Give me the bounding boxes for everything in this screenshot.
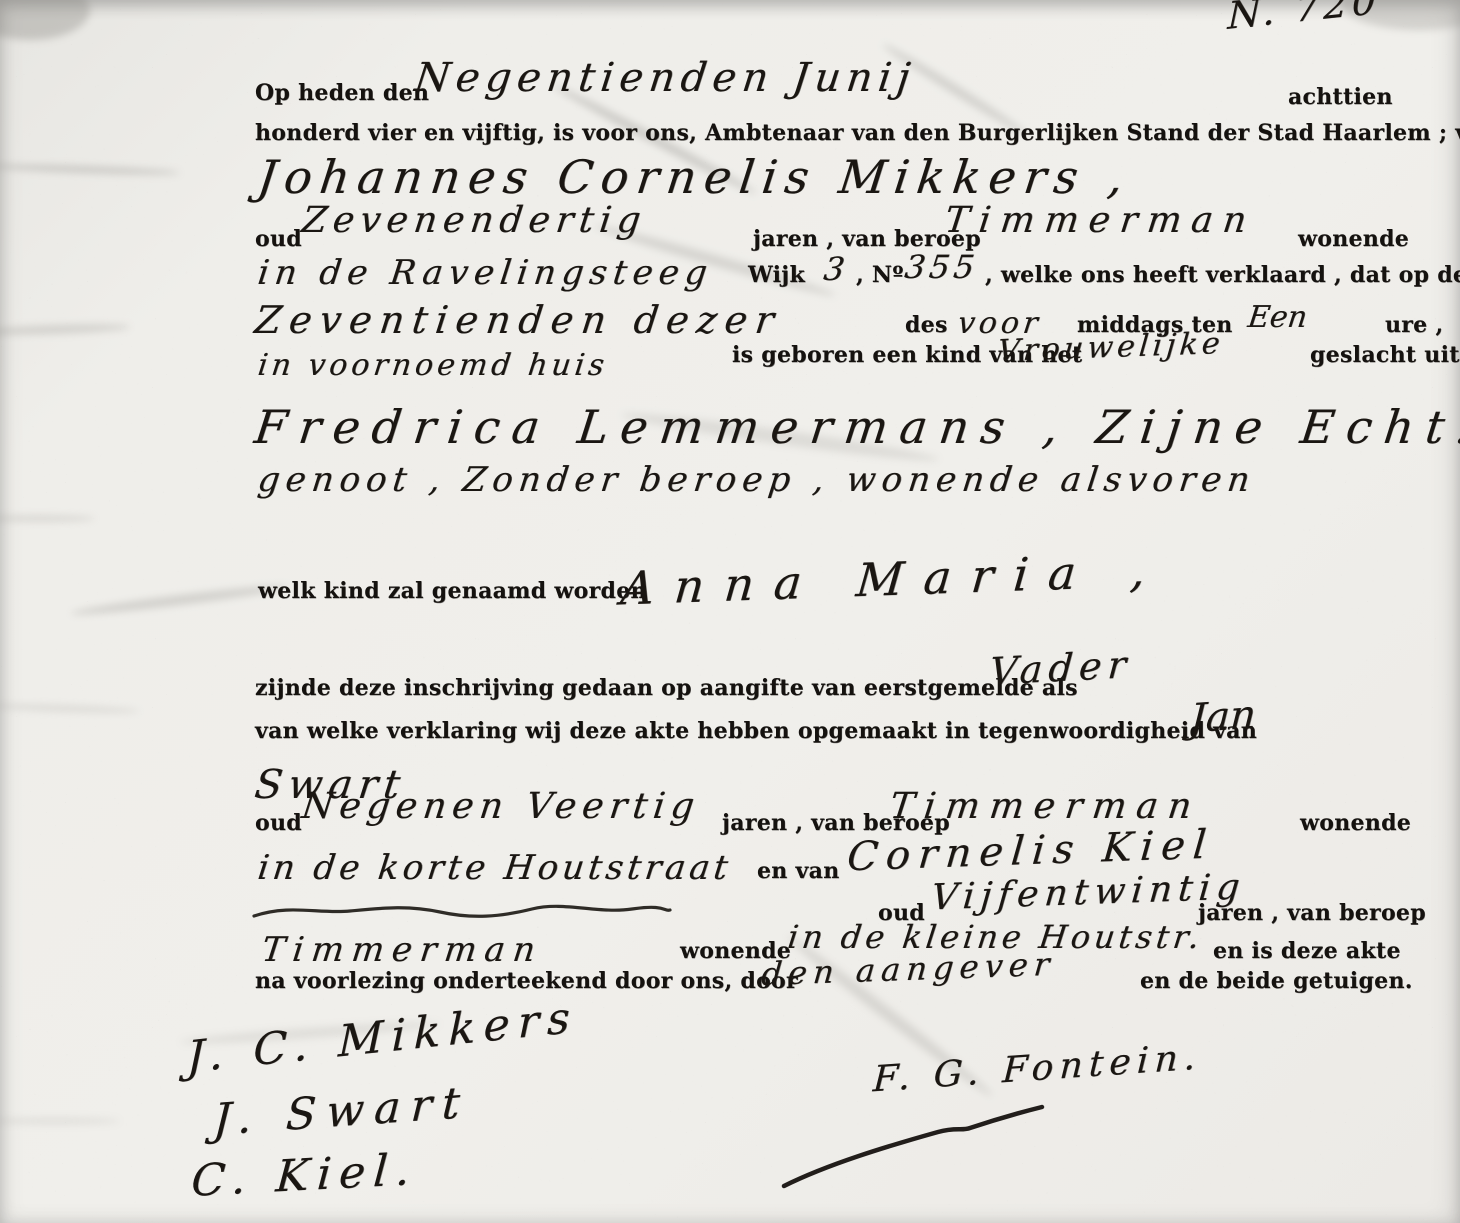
form-text-jaren-beroep-3: jaren , van beroep [1198, 900, 1426, 926]
form-text-wijk: Wijk [748, 262, 805, 288]
entry-witness1-firstname: Jan [1189, 692, 1257, 742]
entry-father-age: Zevenendertig [299, 200, 648, 241]
signature-witness2: C. Kiel. [190, 1144, 420, 1207]
form-text-aangifte: zijnde deze inschrijving gedaan op aangi… [255, 675, 1078, 701]
entry-father-occupation: Timmerman [942, 200, 1258, 241]
entry-birth-hour: Een [1246, 300, 1309, 335]
entry-witness2-occupation: Timmerman [260, 930, 546, 970]
form-text-voorlezing: na voorlezing onderteekend door ons, doo… [255, 968, 798, 994]
entry-child-gender: Vrouwelijke [996, 326, 1225, 369]
entry-witness1-age: Negenen Veertig [299, 786, 702, 827]
signature-registrar: F. G. Fontein. [872, 1037, 1203, 1101]
form-text-en-is-deze-akte: en is deze akte [1213, 938, 1401, 964]
form-text-ure: ure , [1385, 312, 1443, 338]
form-text-wonende-2: wonende [1300, 810, 1411, 836]
scanned-birth-certificate: N. 720 Op heden den Negentienden Junij a… [0, 0, 1460, 1223]
entry-birth-day: Zeventienden dezer [252, 298, 784, 342]
form-text-intro: honderd vier en vijftig, is voor ons, Am… [255, 120, 1460, 146]
corner-shadow [0, 0, 90, 40]
entry-declarant-role: Vader [988, 642, 1133, 693]
bleed-through-mark [70, 582, 290, 619]
form-text-tegenwoordigheid: van welke verklaring wij deze akte hebbe… [255, 718, 1257, 744]
act-number: N. 720 [1227, 0, 1380, 38]
form-text-oud: oud [255, 226, 302, 252]
entry-mother-details: genoot , Zonder beroep , wonende alsvore… [256, 460, 1258, 500]
bleed-through-mark [0, 322, 130, 336]
bleed-through-mark [0, 163, 180, 177]
bleed-through-mark [0, 515, 95, 522]
form-text-op-heden-den: Op heden den [255, 80, 429, 106]
form-text-des: des [905, 312, 948, 338]
entry-birth-place: in voornoemd huis [256, 348, 610, 383]
entry-father-address: in de Ravelingsteeg [256, 253, 716, 293]
entry-child-name: Anna Maria , [619, 543, 1168, 616]
form-text-achttien: achttien [1288, 84, 1393, 110]
entry-registration-date: Negentienden Junij [412, 55, 918, 101]
form-text-verklaard: , welke ons heeft verklaard , dat op den [985, 262, 1460, 288]
entry-witness1-address: in de korte Houtstraat [256, 848, 734, 888]
form-text-oud-2: oud [255, 810, 302, 836]
form-text-naming: welk kind zal genaamd worden [258, 578, 647, 604]
bleed-through-mark [0, 1118, 120, 1124]
entry-father-name: Johannes Cornelis Mikkers , [255, 150, 1135, 204]
bleed-through-mark [0, 702, 140, 714]
entry-mother-name: Fredrica Lemmermans , Zijne Echt: [252, 400, 1460, 454]
entry-witness1-occupation: Timmerman [887, 786, 1203, 827]
form-text-huisnummer-label: , Nº [856, 262, 904, 288]
form-text-en-van: en van [757, 858, 840, 884]
entry-house-number: 355 [903, 248, 981, 286]
signature-declarant: J. C. Mikkers [186, 992, 578, 1083]
signature-witness1: J. Swart [212, 1077, 471, 1146]
form-text-getuigen: en de beide getuigen. [1140, 968, 1413, 994]
pen-flourish-line [250, 896, 674, 926]
signature-flourish [778, 1098, 1050, 1193]
form-text-wonende: wonende [1298, 226, 1409, 252]
entry-wijk-number: 3 [822, 250, 847, 288]
form-text-geslacht-uit: geslacht uit [1310, 342, 1460, 368]
